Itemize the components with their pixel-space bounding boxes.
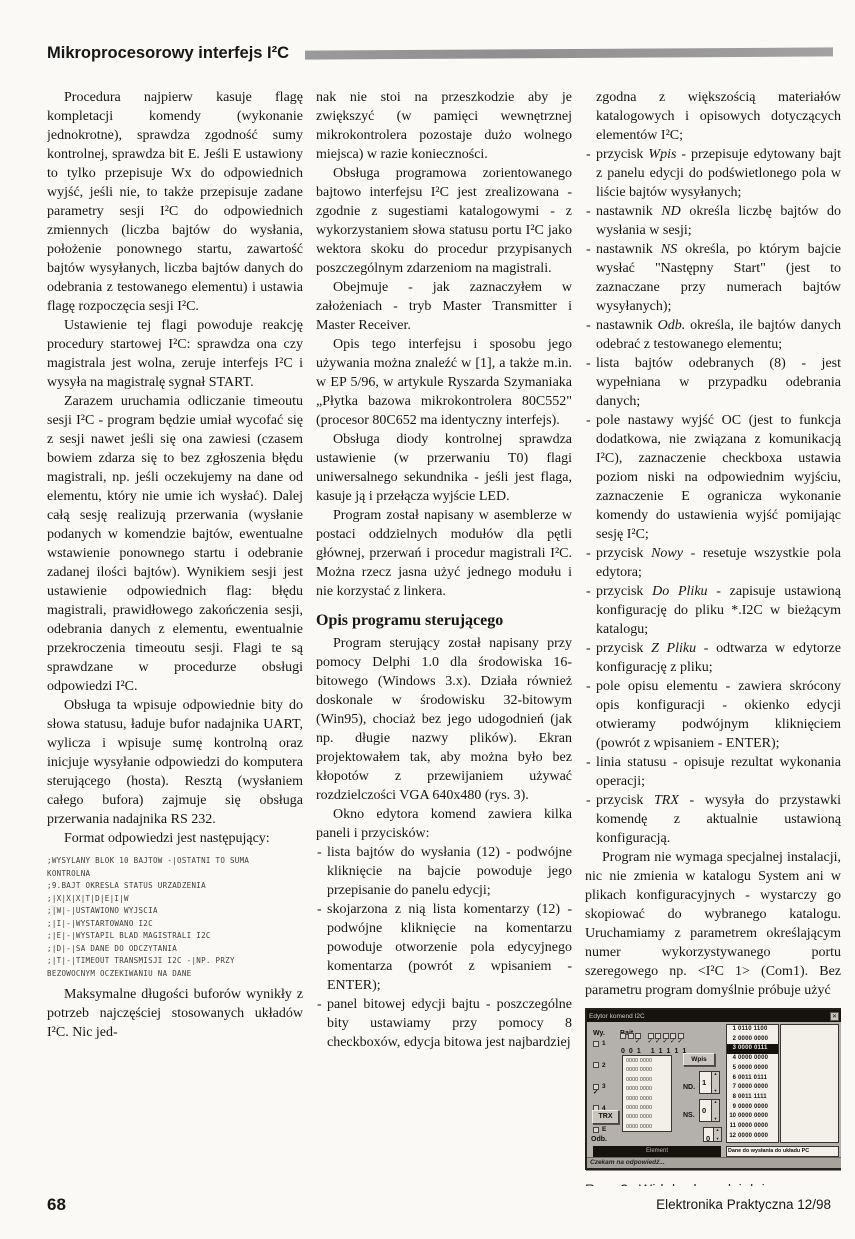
- bullet-item: przycisk Do Pliku - zapisuje ustawioną k…: [585, 582, 841, 639]
- nd-value: 1: [700, 1072, 711, 1093]
- paragraph: Ustawienie tej flagi powoduje reakcję pr…: [47, 316, 303, 392]
- spinner-up-icon: ▲: [712, 1100, 719, 1104]
- code-line: BEZOWOCNYM OCZEKIWANIU NA DANE: [47, 968, 303, 981]
- code-line: ;|E|-|WYSTAPIL BLAD MAGISTRALI I2C: [47, 930, 303, 943]
- bit-checkbox-icon: [655, 1033, 661, 1039]
- checkbox-label: 2: [602, 1056, 606, 1075]
- checkbox-label: 1: [602, 1034, 606, 1053]
- paragraph: Format odpowiedzi jest następujący:: [47, 829, 303, 848]
- send-byte-row: 12 0000 0000: [727, 1132, 778, 1142]
- paragraph-continuation: nak nie stoi na przeszkodzie aby je zwię…: [316, 88, 572, 164]
- paragraph: Program nie wymaga specjalnej instalacji…: [585, 848, 841, 1000]
- article-columns: Procedura najpierw kasuje flagę kompleta…: [47, 88, 841, 1186]
- bullet-item: pole nastawy wyjść OC (jest to funkcja d…: [585, 411, 841, 544]
- send-byte-row: 7 0000 0000: [727, 1083, 778, 1093]
- header-rule: [305, 47, 833, 59]
- bullet-item: nastawnik Odb. określa, ile bajtów danyc…: [585, 316, 841, 354]
- byte-bits: 0011 1111: [738, 1093, 767, 1103]
- bullet-item: przycisk TRX - wysyła do przystawki kome…: [585, 791, 841, 848]
- spinner-up-icon: ▲: [712, 1072, 719, 1076]
- bullet-item: panel bitowej edycji bajtu - poszczególn…: [316, 995, 572, 1052]
- checkbox-icon: [593, 1084, 599, 1090]
- byte-number: 10: [728, 1112, 736, 1122]
- paragraph: Okno edytora komend zawiera kilka paneli…: [316, 805, 572, 843]
- column-2-bullets: lista bajtów do wysłania (12) - podwójne…: [316, 843, 572, 1052]
- checkbox-icon: [593, 1041, 599, 1047]
- bullet-item: lista bajtów do wysłania (12) - podwójne…: [316, 843, 572, 900]
- code-line: ;|D|-|SA DANE DO ODCZYTANIA: [47, 943, 303, 956]
- send-byte-row: 3 0000 0111: [727, 1044, 778, 1054]
- byte-bits: 0000 0000: [738, 1112, 768, 1122]
- spinner-arrows-icon: ▲ ▼: [711, 1072, 719, 1093]
- received-byte-row: 0000 0000: [626, 1095, 668, 1104]
- byte-number: 5: [728, 1064, 736, 1074]
- send-byte-row: 5 0000 0000: [727, 1064, 778, 1074]
- spinner-arrows-icon: ▲ ▼: [711, 1100, 719, 1121]
- ns-value: 0: [700, 1100, 711, 1121]
- page-number: 68: [47, 1195, 66, 1215]
- bit-checkbox-icon: [635, 1033, 641, 1039]
- byte-bits: 0000 0111: [738, 1044, 768, 1054]
- received-byte-row: 0000 0000: [626, 1066, 668, 1075]
- bit-value: 1: [674, 1042, 678, 1061]
- close-icon: ✕: [830, 1012, 839, 1021]
- send-data-description-box: Dane do wysłania do układu PC: [726, 1146, 839, 1157]
- nd-label: ND.: [683, 1078, 695, 1097]
- bullet-item: przycisk Z Pliku - odtwarza w edytorze k…: [585, 639, 841, 677]
- byte-number: 2: [728, 1035, 736, 1045]
- trx-button: TRX: [592, 1110, 619, 1124]
- byte-number: 6: [728, 1074, 736, 1084]
- program-window-screenshot: Edytor komend I2C ✕ Wy. 1 2: [585, 1008, 841, 1170]
- paragraph: Obsługa diody kontrolnej sprawdza ustawi…: [316, 430, 572, 506]
- window-title: Edytor komend I2C: [589, 1007, 645, 1026]
- send-byte-row: 8 0011 1111: [727, 1093, 778, 1103]
- send-byte-row: 9 0000 0000: [727, 1103, 778, 1113]
- byte-bits: 0000 0000: [738, 1054, 768, 1064]
- bullet-item: lista bajtów odebranych (8) - jest wypeł…: [585, 354, 841, 411]
- output-checkbox-row: 3: [593, 1077, 606, 1096]
- bit-checkbox-icon: [648, 1033, 654, 1039]
- spinner-up-icon: ▲: [714, 1128, 721, 1132]
- checkbox-icon: [593, 1062, 599, 1068]
- byte-number: 3: [728, 1044, 736, 1054]
- column-1-paragraphs: Procedura najpierw kasuje flagę kompleta…: [47, 88, 303, 848]
- bullet-item: nastawnik ND określa liczbę bajtów do wy…: [585, 202, 841, 240]
- code-line: ;|T|-|TIMEOUT TRANSMISJI I2C -|NP. PRZY: [47, 955, 303, 968]
- magazine-page: Mikroprocesorowy interfejs I²C Procedura…: [0, 0, 855, 1239]
- received-byte-row: 0000 0000: [626, 1057, 668, 1066]
- send-byte-row: 1 0110 1100: [727, 1025, 778, 1035]
- send-byte-row: 10 0000 0000: [727, 1112, 778, 1122]
- code-line: ;9.BAJT OKRESLA STATUS URZADZENIA: [47, 880, 303, 893]
- byte-number: 7: [728, 1083, 736, 1093]
- byte-number: 4: [728, 1054, 736, 1064]
- checkbox-label: 3: [602, 1077, 606, 1096]
- column-1: Procedura najpierw kasuje flagę kompleta…: [47, 88, 303, 1186]
- figure-rys-3: Edytor komend I2C ✕ Wy. 1 2: [585, 1008, 841, 1186]
- byte-bits: 0011 0111: [738, 1074, 767, 1084]
- paragraph: Procedura najpierw kasuje flagę kompleta…: [47, 88, 303, 316]
- bullet-item: skojarzona z nią lista komentarzy (12) -…: [316, 900, 572, 995]
- code-line: ;WYSYLANY BLOK 10 BAJTOW -|OSTATNI TO SU…: [47, 855, 303, 868]
- byte-number: 9: [728, 1103, 736, 1113]
- byte-bits: 0000 0000: [738, 1122, 768, 1132]
- figure-caption: Rys. 3. Widok okna działającego programu…: [585, 1180, 841, 1186]
- bullet-continuation: zgodna z większością materiałów katalogo…: [585, 88, 841, 145]
- column-2: nak nie stoi na przeszkodzie aby je zwię…: [316, 88, 572, 1186]
- spinner-down-icon: ▼: [714, 1137, 721, 1141]
- bullet-item: linia statusu - opisuje rezultat wykonan…: [585, 753, 841, 791]
- received-byte-row: 0000 0000: [626, 1104, 668, 1113]
- send-byte-row: 11 0000 0000: [727, 1122, 778, 1132]
- ns-label: NS.: [683, 1106, 695, 1125]
- code-line: ;|W|-|USTAWIONO WYJSCIA: [47, 905, 303, 918]
- section-heading: Opis programu sterującego: [316, 611, 572, 630]
- column-3-bullets: przycisk Wpis - przepisuje edytowany baj…: [585, 145, 841, 848]
- code-line: ;|I|-|WYSTARTOWANO I2C: [47, 918, 303, 931]
- bullet-item: przycisk Nowy - resetuje wszystkie pola …: [585, 544, 841, 582]
- element-description-bar: Element: [593, 1146, 721, 1157]
- byte-bits: 0000 0000: [738, 1083, 768, 1093]
- status-line: Czekam na odpowiedź...: [587, 1157, 841, 1168]
- spinner-down-icon: ▼: [712, 1089, 719, 1093]
- code-line: KONTROLNA: [47, 868, 303, 881]
- received-byte-row: 0000 0000: [626, 1085, 668, 1094]
- article-title: Mikroprocesorowy interfejs I²C: [47, 44, 289, 63]
- paragraph: Program został napisany w asemblerze w p…: [316, 506, 572, 601]
- received-bytes-list: 0000 00000000 00000000 00000000 00000000…: [622, 1055, 672, 1132]
- send-bytes-list: 1 0110 1100 2 0000 0000 3 0000 0111 4 00…: [726, 1024, 779, 1143]
- bit-checkbox-icon: [663, 1033, 669, 1039]
- byte-bits: 0000 0000: [738, 1064, 768, 1074]
- output-checkbox-row: 1: [593, 1034, 606, 1053]
- received-byte-row: 0000 0000: [626, 1113, 668, 1122]
- column-2-paragraphs-2: Program sterujący został napisany przy p…: [316, 634, 572, 843]
- output-checkbox-row: 2: [593, 1056, 606, 1075]
- window-titlebar: Edytor komend I2C ✕: [587, 1010, 841, 1022]
- paragraph: Opis tego interfejsu i sposobu jego używ…: [316, 335, 572, 430]
- byte-number: 12: [728, 1132, 736, 1142]
- paragraph: Obsługa ta wpisuje odpowiednie bity do s…: [47, 696, 303, 829]
- bit-checkbox-icon: [670, 1033, 676, 1039]
- bullet-item: pole opisu elementu - zawiera skrócony o…: [585, 677, 841, 753]
- page-header: Mikroprocesorowy interfejs I²C: [47, 44, 833, 63]
- byte-number: 1: [728, 1025, 736, 1035]
- code-line: ;|X|X|X|T|D|E|I|W: [47, 893, 303, 906]
- comments-list: [780, 1024, 839, 1143]
- send-byte-row: 4 0000 0000: [727, 1054, 778, 1064]
- byte-number: 11: [728, 1122, 736, 1132]
- code-listing: ;WYSYLANY BLOK 10 BAJTOW -|OSTATNI TO SU…: [47, 855, 303, 980]
- column-2-paragraphs: Obsługa programowa zorientowanego bajtow…: [316, 164, 572, 601]
- bit-checkbox-icon: [620, 1033, 626, 1039]
- odb-value: 0: [704, 1128, 713, 1141]
- nd-spinner: 1 ▲ ▼: [699, 1071, 720, 1094]
- received-byte-row: 0000 0000: [626, 1076, 668, 1085]
- column-3: zgodna z większością materiałów katalogo…: [585, 88, 841, 1186]
- paragraph: Program sterujący został napisany przy p…: [316, 634, 572, 805]
- bullet-item: przycisk Wpis - przepisuje edytowany baj…: [585, 145, 841, 202]
- paragraph: Obejmuje - jak zaznaczyłem w założeniach…: [316, 278, 572, 335]
- byte-bits: 0110 1100: [738, 1025, 768, 1035]
- byte-number: 8: [728, 1093, 736, 1103]
- bit-checkbox-icon: [678, 1033, 684, 1039]
- paragraph: Zarazem uruchamia odliczanie timeoutu se…: [47, 392, 303, 696]
- bit-checkbox-icon: [628, 1033, 634, 1039]
- spinner-arrows-icon: ▲ ▼: [713, 1128, 721, 1141]
- byte-bits: 0000 0000: [738, 1103, 768, 1113]
- wpis-button: Wpis: [683, 1053, 715, 1066]
- spinner-down-icon: ▼: [712, 1117, 719, 1121]
- paragraph: Maksymalne długości buforów wynikły z po…: [47, 985, 303, 1042]
- byte-bits: 0000 0000: [738, 1132, 768, 1142]
- ns-spinner: 0 ▲ ▼: [699, 1099, 720, 1122]
- magazine-footer: Elektronika Praktyczna 12/98: [656, 1197, 831, 1212]
- byte-bits: 0000 0000: [738, 1035, 768, 1045]
- bullet-item: nastawnik NS określa, po którym bajcie w…: [585, 240, 841, 316]
- paragraph: Obsługa programowa zorientowanego bajtow…: [316, 164, 572, 278]
- send-byte-row: 6 0011 0111: [727, 1074, 778, 1084]
- odb-spinner: 0 ▲ ▼: [703, 1127, 722, 1142]
- bit-checkbox-row: [620, 1033, 684, 1039]
- received-byte-row: 0000 0000: [626, 1123, 668, 1132]
- send-byte-row: 2 0000 0000: [727, 1035, 778, 1045]
